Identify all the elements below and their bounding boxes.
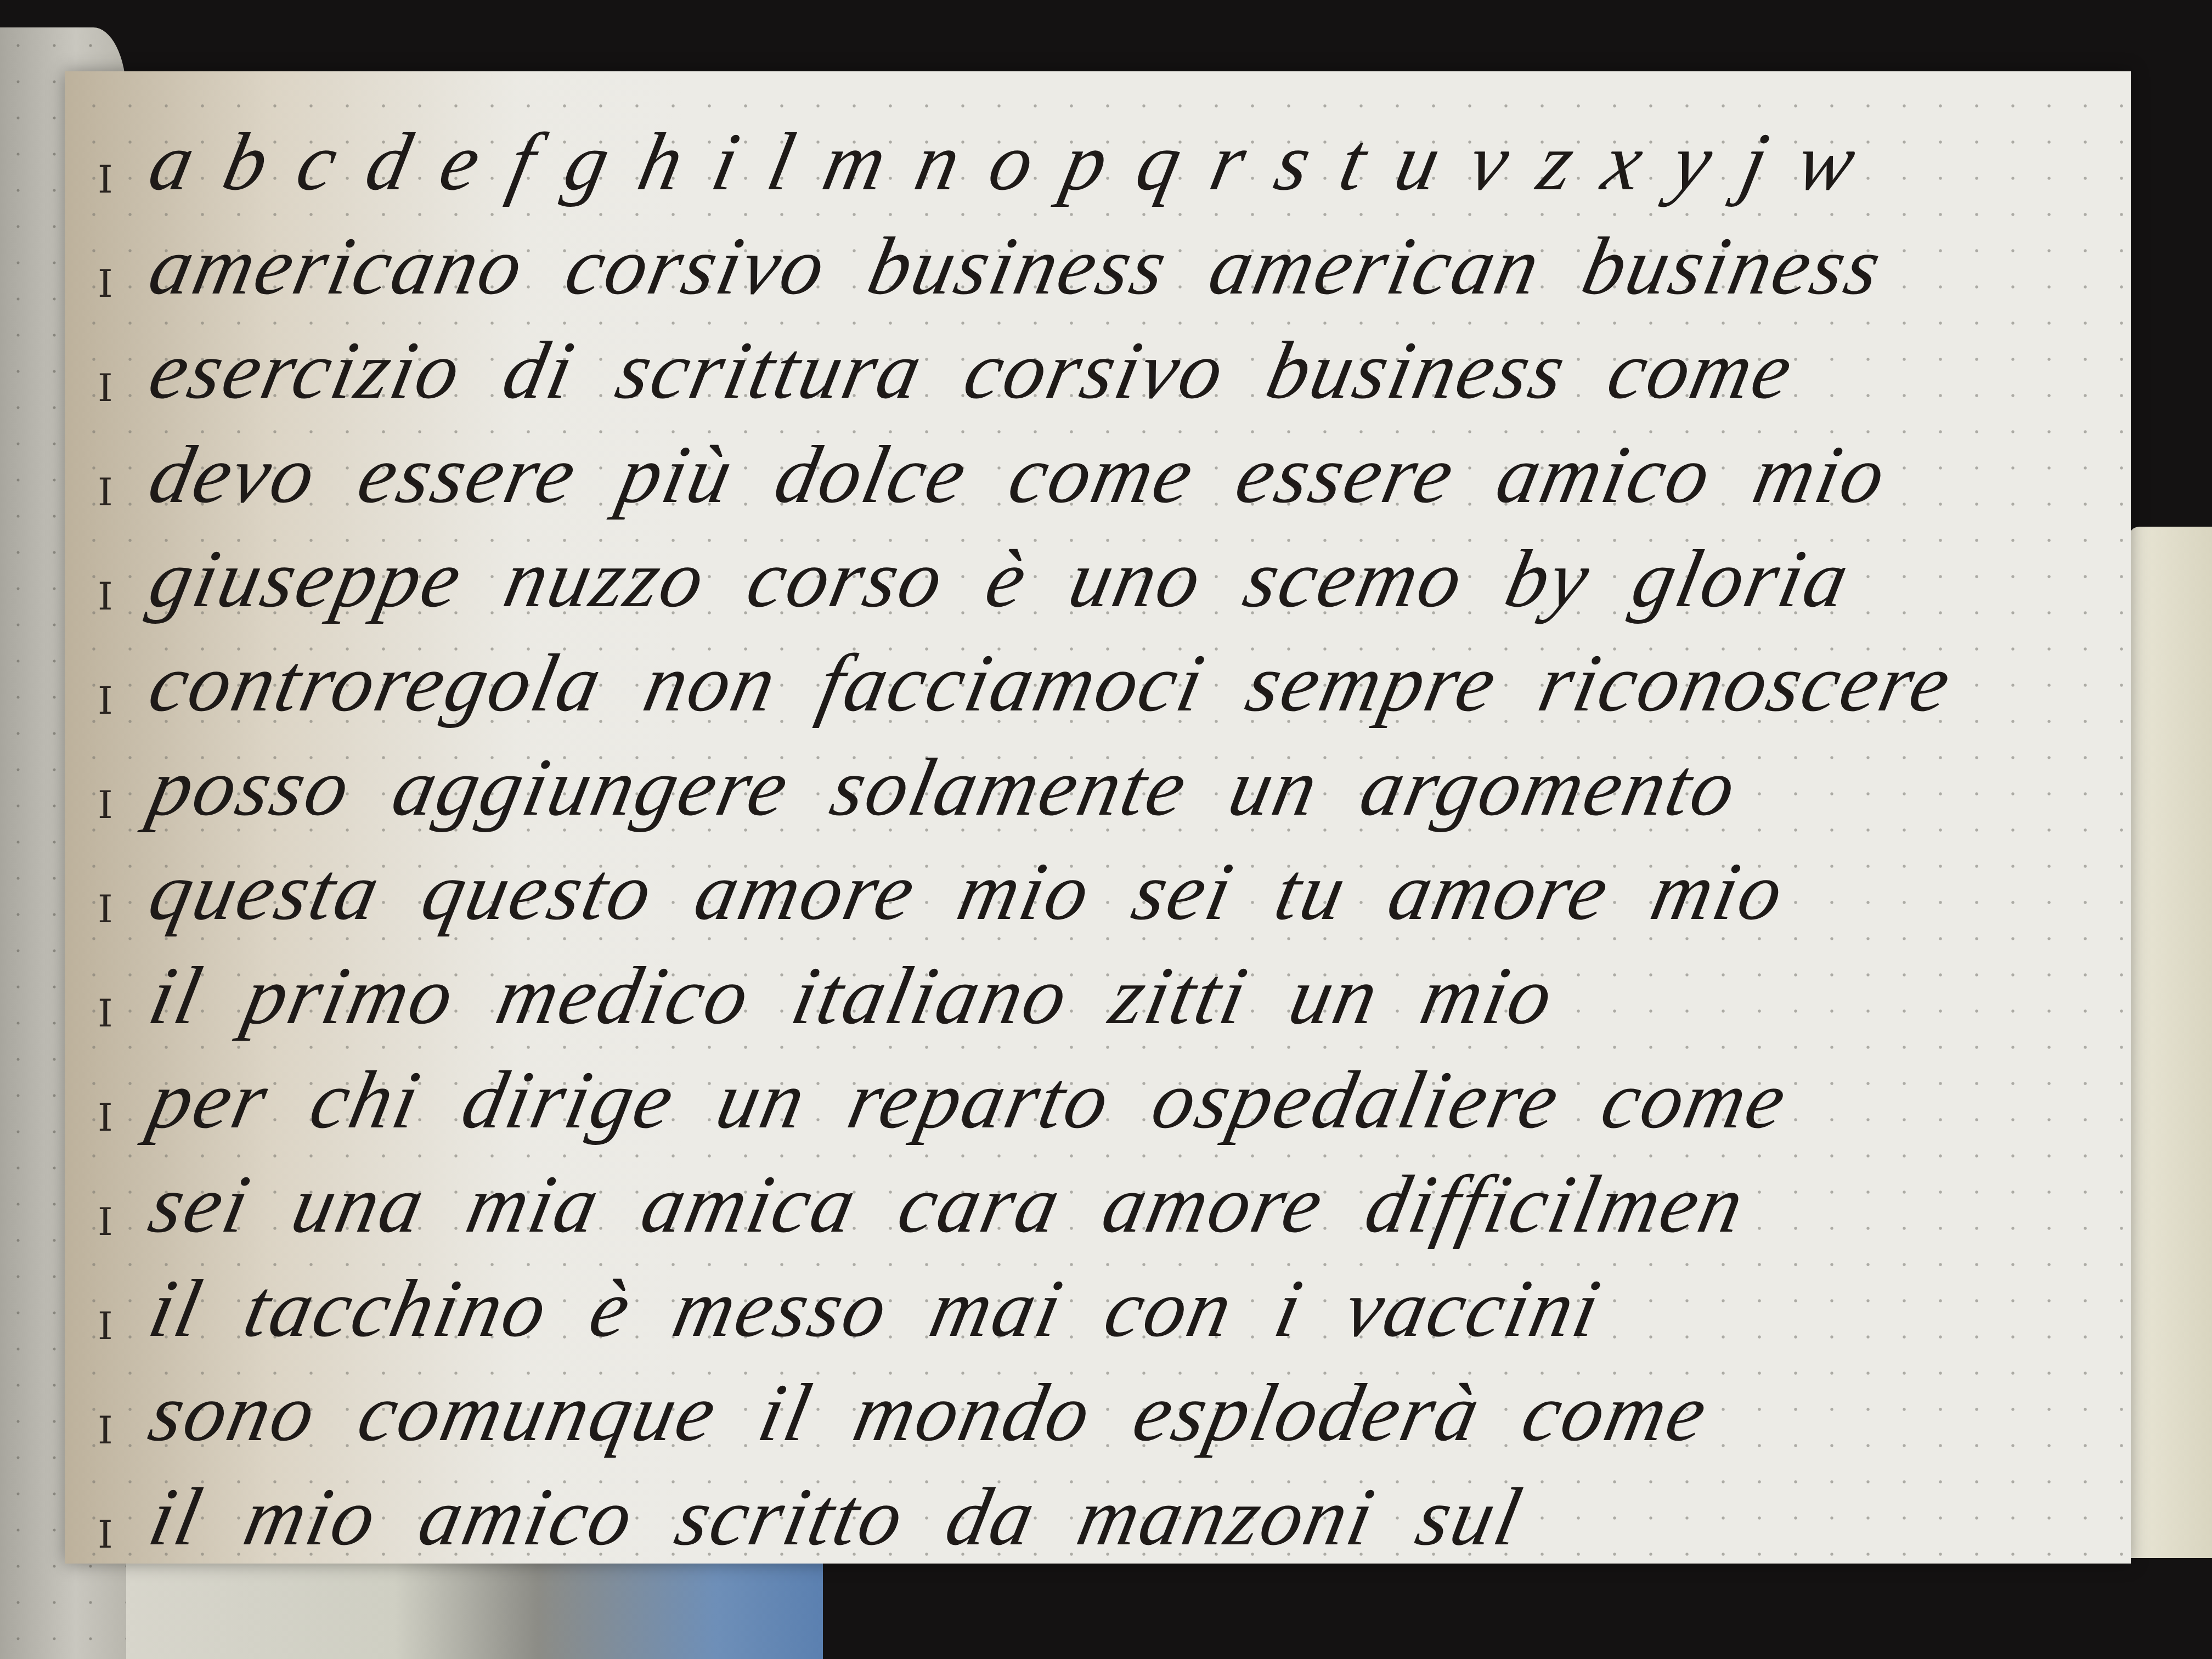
line-text: il tacchino è messo mai con i vaccini (142, 1267, 1609, 1355)
line-text: controregola non facciamoci sempre ricon… (142, 642, 1959, 730)
line-text: per chi dirige un reparto ospedaliere co… (142, 1059, 1795, 1147)
notebook-page: I a b c d e f g h i l m n o p q r s t u … (65, 71, 2131, 1564)
line-marker: I (98, 994, 142, 1042)
handwriting-line: I americano corsivo business american bu… (65, 208, 2131, 313)
line-marker: I (98, 1203, 142, 1251)
line-text: sono comunque il mondo esploderà come (142, 1372, 1716, 1459)
handwriting-lines: I a b c d e f g h i l m n o p q r s t u … (65, 104, 2131, 1564)
handwriting-line: I posso aggiungere solamente un argoment… (65, 730, 2131, 834)
line-marker: I (98, 264, 142, 313)
handwriting-line: I a b c d e f g h i l m n o p q r s t u … (65, 104, 2131, 208)
line-marker: I (98, 681, 142, 730)
line-marker: I (98, 1307, 142, 1355)
line-marker: I (98, 577, 142, 625)
handwriting-line: I sei una mia amica cara amore difficilm… (65, 1147, 2131, 1251)
line-marker: I (98, 890, 142, 938)
handwriting-line: I il tacchino è messo mai con i vaccini (65, 1251, 2131, 1355)
line-marker: I (98, 473, 142, 521)
desk-background (110, 1564, 823, 1659)
handwriting-line: I sono comunque il mondo esploderà come (65, 1355, 2131, 1459)
line-marker: I (98, 1098, 142, 1147)
handwriting-line: I il primo medico italiano zitti un mio (65, 938, 2131, 1042)
line-text: a b c d e f g h i l m n o p q r s t u v … (142, 121, 1863, 208)
line-text: devo essere più dolce come essere amico … (142, 433, 1894, 521)
handwriting-line: I esercizio di scrittura corsivo busines… (65, 313, 2131, 417)
handwriting-line: I controregola non facciamoci sempre ric… (65, 625, 2131, 730)
line-marker: I (98, 786, 142, 834)
line-marker: I (98, 1515, 142, 1564)
handwriting-line: I devo essere più dolce come essere amic… (65, 417, 2131, 521)
line-text: giuseppe nuzzo corso è uno scemo by glor… (142, 538, 1858, 625)
line-text: posso aggiungere solamente un argomento (142, 746, 1745, 834)
handwriting-line: I questa questo amore mio sei tu amore m… (65, 834, 2131, 938)
back-sheet-edge (2129, 527, 2212, 1558)
line-marker: I (98, 160, 142, 208)
line-text: questa questo amore mio sei tu amore mio (142, 850, 1792, 938)
line-text: esercizio di scrittura corsivo business … (142, 329, 1801, 417)
handwriting-line: I il mio amico scritto da manzoni sul (65, 1459, 2131, 1564)
handwriting-line: I giuseppe nuzzo corso è uno scemo by gl… (65, 521, 2131, 625)
line-text: americano corsivo business american busi… (142, 225, 1889, 313)
line-text: sei una mia amica cara amore difficilmen (142, 1163, 1752, 1251)
line-text: il primo medico italiano zitti un mio (142, 955, 1562, 1042)
line-marker: I (98, 1411, 142, 1459)
line-text: il mio amico scritto da manzoni sul (142, 1476, 1530, 1564)
handwriting-line: I per chi dirige un reparto ospedaliere … (65, 1042, 2131, 1147)
line-marker: I (98, 369, 142, 417)
